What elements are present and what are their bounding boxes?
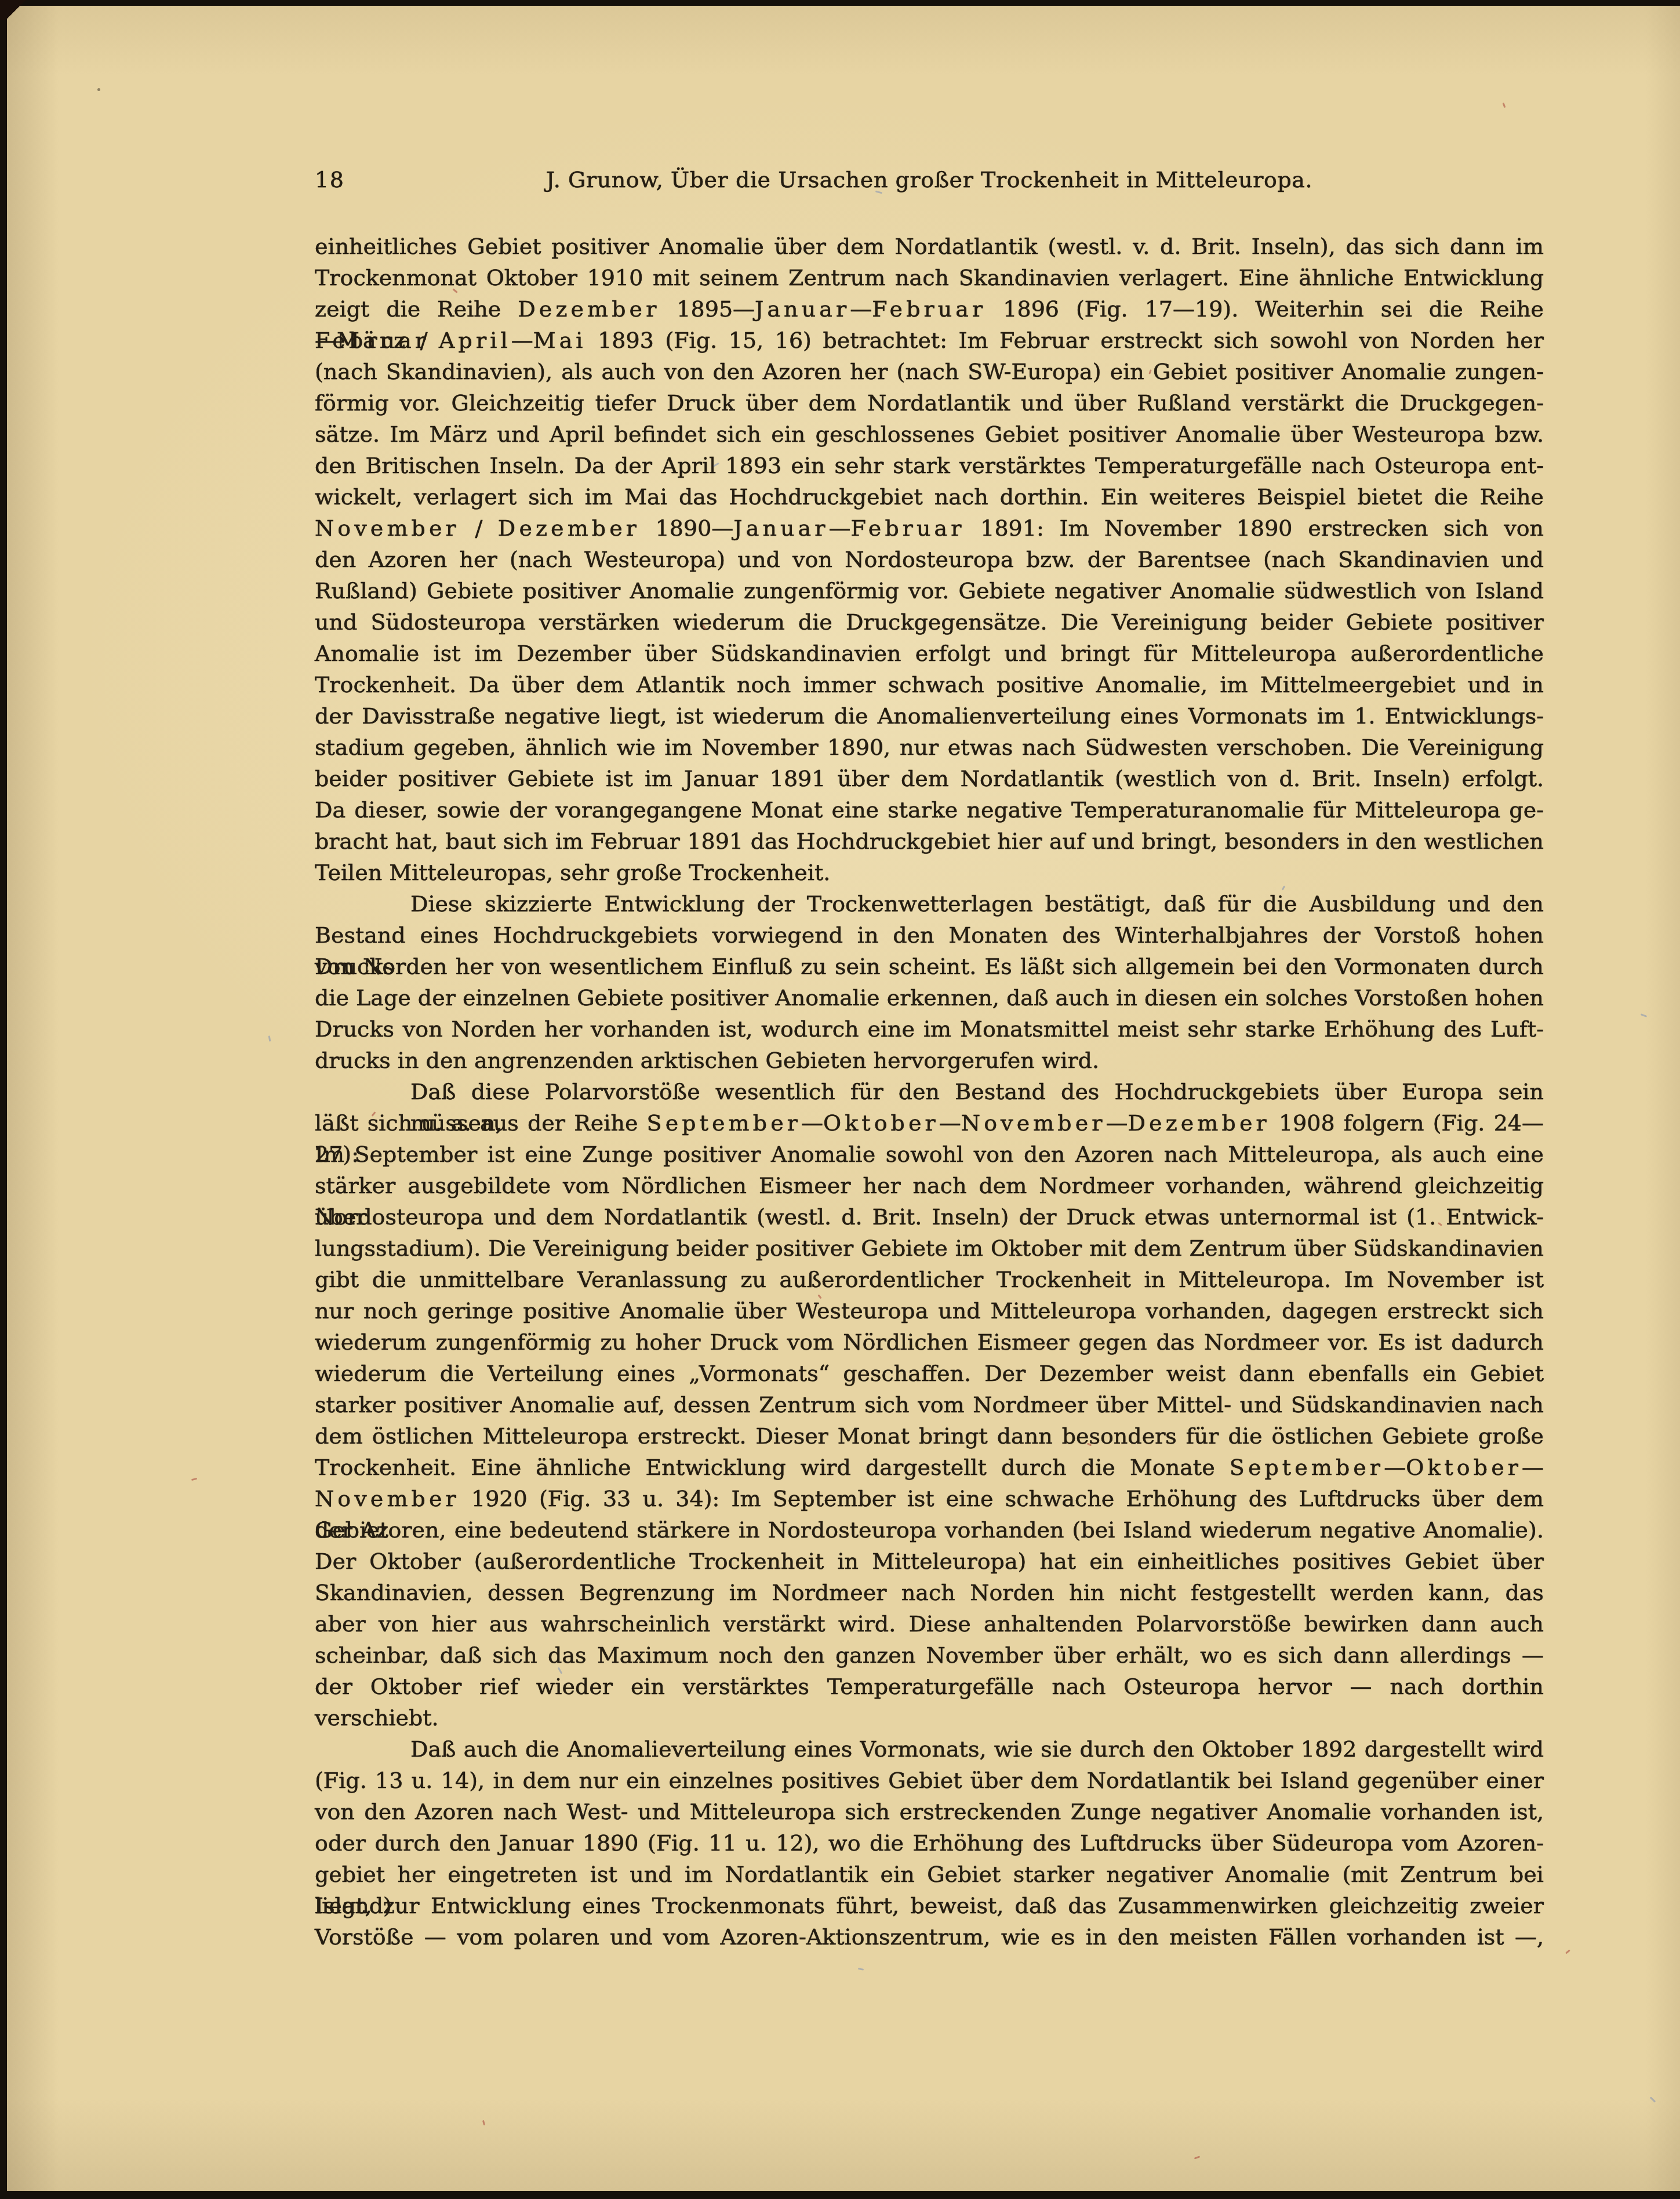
text-segment: stadium gegeben, ähnlich wie im November… — [315, 735, 1544, 760]
letterspaced-text: September — [1230, 1455, 1384, 1480]
text-segment: gibt die unmittelbare Veranlassung zu au… — [315, 1267, 1544, 1292]
text-line: Da dieser, sowie der vorangegangene Mona… — [315, 794, 1544, 826]
scan-edge-left — [0, 0, 7, 2199]
text-segment: wiederum die Verteilung eines „Vormonats… — [315, 1361, 1544, 1386]
text-segment: — — [511, 328, 533, 353]
text-line: Trockenmonat Oktober 1910 mit seinem Zen… — [315, 262, 1544, 293]
text-line: Skandinavien, dessen Begrenzung im Nordm… — [315, 1577, 1544, 1608]
text-segment: Trockenheit. Eine ähnliche Entwicklung w… — [315, 1455, 1230, 1480]
letterspaced-text: Januar — [733, 515, 828, 541]
text-line: und Südosteuropa verstärken wiederum die… — [315, 606, 1544, 638]
text-line: Vorstöße — vom polaren und vom Azoren-Ak… — [315, 1921, 1544, 1953]
text-segment: drucks in den angrenzenden arktischen Ge… — [315, 1048, 1099, 1073]
text-segment: aber von hier aus wahrscheinlich verstär… — [315, 1611, 1544, 1637]
text-line: stärker ausgebildete vom Nördlichen Eism… — [315, 1170, 1544, 1201]
text-segment: Teilen Mitteleuropas, sehr große Trocken… — [315, 860, 830, 885]
text-segment: scheinbar, daß sich das Maximum noch den… — [315, 1642, 1544, 1668]
letterspaced-text: Dezember — [1128, 1110, 1270, 1136]
text-line: den Britischen Inseln. Da der April 1893… — [315, 450, 1544, 481]
text-line: Daß diese Polarvorstöße wesentlich für d… — [315, 1076, 1544, 1107]
text-line: November / Dezember 1890—Januar—Februar … — [315, 513, 1544, 544]
text-segment: Der Oktober (außerordentliche Trockenhei… — [315, 1549, 1544, 1574]
text-line: oder durch den Januar 1890 (Fig. 11 u. 1… — [315, 1827, 1544, 1859]
text-line: sätze. Im März und April befindet sich e… — [315, 419, 1544, 450]
text-line: scheinbar, daß sich das Maximum noch den… — [315, 1640, 1544, 1671]
text-line: (Fig. 13 u. 14), in dem nur ein einzelne… — [315, 1765, 1544, 1796]
letterspaced-text: November — [961, 1110, 1106, 1136]
paper-fiber — [97, 88, 100, 91]
text-segment: wickelt, verlagert sich im Mai das Hochd… — [315, 484, 1544, 510]
text-segment: Diese skizzierte Entwicklung der Trocken… — [410, 891, 1544, 917]
text-line: stadium gegeben, ähnlich wie im November… — [315, 732, 1544, 763]
text-segment: oder durch den Januar 1890 (Fig. 11 u. 1… — [315, 1830, 1544, 1856]
letterspaced-text: Februar — [850, 515, 965, 541]
text-segment: — — [315, 328, 337, 353]
text-segment: wiederum zungenförmig zu hoher Druck vom… — [315, 1329, 1544, 1355]
text-line: beider positiver Gebiete ist im Januar 1… — [315, 763, 1544, 794]
text-segment: den Azoren her (nach Westeuropa) und von… — [315, 547, 1544, 572]
text-line: wiederum die Verteilung eines „Vormonats… — [315, 1358, 1544, 1389]
text-segment: Im September ist eine Zunge positiver An… — [315, 1142, 1544, 1167]
text-segment: Trockenmonat Oktober 1910 mit seinem Zen… — [315, 265, 1544, 290]
text-segment: Rußland) Gebiete positiver Anomalie zung… — [315, 578, 1544, 604]
text-segment: 1893 (Fig. 15, 16) betrachtet: Im Februa… — [587, 328, 1544, 353]
text-segment: nur noch geringe positive Anomalie über … — [315, 1298, 1544, 1324]
text-line: Der Oktober (außerordentliche Trockenhei… — [315, 1546, 1544, 1577]
text-segment: (nach Skandinavien), als auch von den Az… — [315, 359, 1544, 384]
text-segment: 1891: Im November 1890 erstrecken sich v… — [965, 515, 1544, 541]
text-segment: 1895— — [660, 296, 755, 322]
text-segment: — — [828, 515, 850, 541]
text-segment: den Britischen Inseln. Da der April 1893… — [315, 453, 1544, 478]
text-line: Nordosteuropa und dem Nordatlantik (west… — [315, 1201, 1544, 1233]
text-segment: bracht hat, baut sich im Februar 1891 da… — [315, 828, 1544, 854]
text-segment: förmig vor. Gleichzeitig tiefer Druck üb… — [315, 390, 1544, 416]
letterspaced-text: November — [315, 1486, 460, 1511]
text-segment: von den Azoren nach West- und Mitteleuro… — [315, 1799, 1544, 1824]
scanned-page: { "page": { "number": "18", "running_hea… — [0, 0, 1680, 2199]
text-line: nur noch geringe positive Anomalie über … — [315, 1295, 1544, 1326]
text-line: Im September ist eine Zunge positiver An… — [315, 1139, 1544, 1170]
text-line: den Azoren her (nach Westeuropa) und von… — [315, 544, 1544, 575]
letterspaced-text: Mai — [533, 328, 587, 353]
text-line: liegt, zur Entwicklung eines Trockenmona… — [315, 1890, 1544, 1921]
text-line: dem östlichen Mitteleuropa erstreckt. Di… — [315, 1420, 1544, 1452]
text-segment: — — [1384, 1455, 1406, 1480]
text-segment: die Lage der einzelnen Gebiete positiver… — [315, 985, 1544, 1011]
text-segment: liegt, zur Entwicklung eines Trockenmona… — [315, 1893, 1544, 1918]
text-line: verschiebt. — [315, 1702, 1544, 1733]
text-line: gibt die unmittelbare Veranlassung zu au… — [315, 1264, 1544, 1295]
text-line: wiederum zungenförmig zu hoher Druck vom… — [315, 1326, 1544, 1358]
letterspaced-text: Dezember — [498, 515, 640, 541]
text-segment: der Davisstraße negative liegt, ist wied… — [315, 703, 1544, 729]
scan-edge-corner — [0, 0, 27, 20]
text-line: der Davisstraße negative liegt, ist wied… — [315, 700, 1544, 732]
text-line: drucks in den angrenzenden arktischen Ge… — [315, 1045, 1544, 1076]
text-segment: Nordosteuropa und dem Nordatlantik (west… — [315, 1204, 1544, 1230]
text-line: läßt sich u. a. aus der Reihe September—… — [315, 1107, 1544, 1139]
text-segment: verschiebt. — [315, 1705, 439, 1731]
text-line: Bestand eines Hochdruckgebiets vorwiegen… — [315, 919, 1544, 951]
letterspaced-text: Oktober — [823, 1110, 939, 1136]
text-segment: Vorstöße — vom polaren und vom Azoren-Ak… — [315, 1924, 1544, 1950]
text-segment: Drucks von Norden her vorhanden ist, wod… — [315, 1016, 1544, 1042]
text-segment: sätze. Im März und April befindet sich e… — [315, 421, 1544, 447]
letterspaced-text: März — [337, 328, 409, 353]
text-line: Anomalie ist im Dezember über Südskandin… — [315, 638, 1544, 669]
text-line: Daß auch die Anomalieverteilung eines Vo… — [315, 1733, 1544, 1765]
text-segment: von Norden her von wesentlichem Einfluß … — [315, 954, 1544, 979]
text-line: Drucks von Norden her vorhanden ist, wod… — [315, 1013, 1544, 1045]
letterspaced-text: Januar — [755, 296, 850, 322]
text-segment: / — [460, 515, 498, 541]
text-line: —März / April—Mai 1893 (Fig. 15, 16) bet… — [315, 325, 1544, 356]
text-segment: — — [850, 296, 872, 322]
text-line: Trockenheit. Da über dem Atlantik noch i… — [315, 669, 1544, 700]
text-segment: — — [801, 1110, 823, 1136]
text-line: zeigt die Reihe Dezember 1895—Januar—Feb… — [315, 293, 1544, 325]
text-segment: der Oktober rief wieder ein verstärktes … — [315, 1674, 1544, 1699]
text-line: gebiet her eingetreten ist und im Nordat… — [315, 1859, 1544, 1890]
paper-fiber — [359, 684, 362, 686]
text-line: (nach Skandinavien), als auch von den Az… — [315, 356, 1544, 387]
text-line: von Norden her von wesentlichem Einfluß … — [315, 951, 1544, 982]
text-line: lungsstadium). Die Vereinigung beider po… — [315, 1233, 1544, 1264]
text-segment: beider positiver Gebiete ist im Januar 1… — [315, 766, 1544, 791]
text-segment: Anomalie ist im Dezember über Südskandin… — [315, 641, 1544, 666]
text-line: der Oktober rief wieder ein verstärktes … — [315, 1671, 1544, 1702]
text-line: starker positiver Anomalie auf, dessen Z… — [315, 1389, 1544, 1420]
text-line: wickelt, verlagert sich im Mai das Hochd… — [315, 481, 1544, 513]
letterspaced-text: November — [315, 515, 460, 541]
text-segment: Da dieser, sowie der vorangegangene Mona… — [315, 797, 1544, 823]
letterspaced-text: April — [439, 328, 511, 353]
text-segment: dem östlichen Mitteleuropa erstreckt. Di… — [315, 1423, 1544, 1449]
text-line: Teilen Mitteleuropas, sehr große Trocken… — [315, 857, 1544, 888]
text-segment: — — [939, 1110, 961, 1136]
scan-edge-bottom — [0, 2191, 1680, 2199]
page-body: einheitliches Gebiet positiver Anomalie … — [315, 231, 1544, 1953]
text-line: aber von hier aus wahrscheinlich verstär… — [315, 1608, 1544, 1640]
text-segment: — — [1522, 1455, 1544, 1480]
text-segment: läßt sich u. a. aus der Reihe — [315, 1110, 647, 1136]
text-segment: 1890— — [640, 515, 733, 541]
text-line: die Lage der einzelnen Gebiete positiver… — [315, 982, 1544, 1013]
text-line: förmig vor. Gleichzeitig tiefer Druck üb… — [315, 387, 1544, 419]
text-segment: 1896 (Fig. 17—19). Weiterhin sei die Rei… — [986, 296, 1544, 322]
text-line: bracht hat, baut sich im Februar 1891 da… — [315, 826, 1544, 857]
running-header: J. Grunow, Über die Ursachen großer Troc… — [315, 166, 1544, 194]
text-segment: Daß auch die Anomalieverteilung eines Vo… — [410, 1736, 1544, 1762]
text-segment: lungsstadium). Die Vereinigung beider po… — [315, 1235, 1544, 1261]
text-segment: Skandinavien, dessen Begrenzung im Nordm… — [315, 1580, 1544, 1605]
text-line: November 1920 (Fig. 33 u. 34): Im Septem… — [315, 1483, 1544, 1514]
letterspaced-text: September — [647, 1110, 801, 1136]
letterspaced-text: Februar — [872, 296, 986, 322]
text-segment: starker positiver Anomalie auf, dessen Z… — [315, 1392, 1544, 1417]
text-segment: und Südosteuropa verstärken wiederum die… — [315, 609, 1544, 635]
text-line: Rußland) Gebiete positiver Anomalie zung… — [315, 575, 1544, 606]
text-line: Diese skizzierte Entwicklung der Trocken… — [315, 888, 1544, 919]
text-segment: einheitliches Gebiet positiver Anomalie … — [315, 234, 1544, 259]
text-line: von den Azoren nach West- und Mitteleuro… — [315, 1796, 1544, 1827]
text-line: Trockenheit. Eine ähnliche Entwicklung w… — [315, 1452, 1544, 1483]
text-segment: — — [1106, 1110, 1128, 1136]
text-line: der Azoren, eine bedeutend stärkere in N… — [315, 1514, 1544, 1546]
text-segment: der Azoren, eine bedeutend stärkere in N… — [315, 1517, 1544, 1543]
letterspaced-text: Oktober — [1406, 1455, 1522, 1480]
text-segment: (Fig. 13 u. 14), in dem nur ein einzelne… — [315, 1768, 1544, 1793]
text-line: einheitliches Gebiet positiver Anomalie … — [315, 231, 1544, 262]
letterspaced-text: Dezember — [518, 296, 660, 322]
text-segment: Trockenheit. Da über dem Atlantik noch i… — [315, 672, 1544, 697]
scan-edge-top — [0, 0, 1680, 6]
text-segment: / — [409, 328, 439, 353]
text-segment: zeigt die Reihe — [315, 296, 518, 322]
